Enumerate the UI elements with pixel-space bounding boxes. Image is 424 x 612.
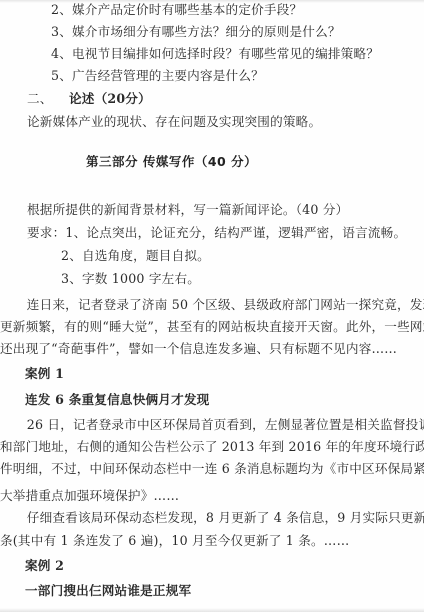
case-1-para2-line-2: 条(其中有 1 条连发了 6 遍)，10 月至今仅更新了 1 条。…… (0, 533, 349, 549)
part-three-title: 第三部分 传媒写作（40 分） (86, 152, 257, 170)
section-title: 论述（20分） (69, 91, 151, 106)
material-intro-line-3: 还出现了“奇葩事件”，譬如一个信息连发多遍、只有标题不见内容…… (0, 341, 397, 357)
question-4: 4、电视节目编排如何选择时段？有哪些常见的编排策略？ (51, 46, 379, 62)
question-2: 2、媒介产品定价时有哪些基本的定价手段？ (51, 2, 302, 18)
case-1-title: 连发 6 条重复信息快俩月才发现 (25, 392, 209, 408)
material-intro-line-1: 连日来，记者登录了济南 50 个区级、县级政府部门网站一探究竟，发现有的 (14, 297, 424, 313)
requirements-label: 要求： (27, 225, 65, 240)
requirement-3: 3、字数 1000 字左右。 (61, 271, 200, 287)
case-1-para1-line-3: 件明细，不过，中间环保动态栏中一连 6 条消息标题均为《市中区环保局紧抓三 (0, 461, 424, 477)
requirement-1: 要求：1、论点突出，论证充分，结构严谨，逻辑严密，语言流畅。 (27, 225, 406, 241)
case-1-para2-line-1: 仔细查看该局环保动态栏发现，8 月更新了 4 条信息，9 月实际只更新了 2 (14, 510, 424, 526)
requirement-2: 2、自选角度，题目自拟。 (61, 248, 210, 264)
section-number: 二、 (27, 91, 69, 107)
section-two-heading: 二、论述（20分） (27, 91, 151, 107)
material-intro-line-2: 更新频繁，有的则“睡大觉”，甚至有的网站板块直接开天窗。此外，一些网站 (0, 319, 424, 335)
writing-instruction: 根据所提供的新闻背景材料，写一篇新闻评论。（40 分） (27, 202, 348, 218)
document-page: 2、媒介产品定价时有哪些基本的定价手段？ 3、媒介市场细分有哪些方法？细分的原则… (0, 0, 424, 612)
case-1-para1-line-1: 26 日，记者登录市中区环保局首页看到，左侧显著位置是相关监督投诉电话 (14, 417, 424, 433)
case-1-para1-line-2: 和部门地址，右侧的通知公告栏公示了 2013 年到 2016 年的年度环境行政处… (0, 439, 424, 455)
question-5: 5、广告经营管理的主要内容是什么？ (51, 68, 264, 84)
case-1-para1-line-4: 大举措重点加强环境保护》…… (0, 488, 179, 504)
essay-prompt: 论新媒体产业的现状、存在问题及实现突围的策略。 (27, 114, 321, 130)
case-2-title: 一部门搜出仨网站谁是正规军 (25, 583, 191, 599)
page-bottom-edge (0, 608, 424, 612)
case-1-label: 案例 1 (25, 366, 64, 382)
question-3: 3、媒介市场细分有哪些方法？细分的原则是什么？ (51, 24, 341, 40)
case-2-label: 案例 2 (25, 558, 64, 574)
